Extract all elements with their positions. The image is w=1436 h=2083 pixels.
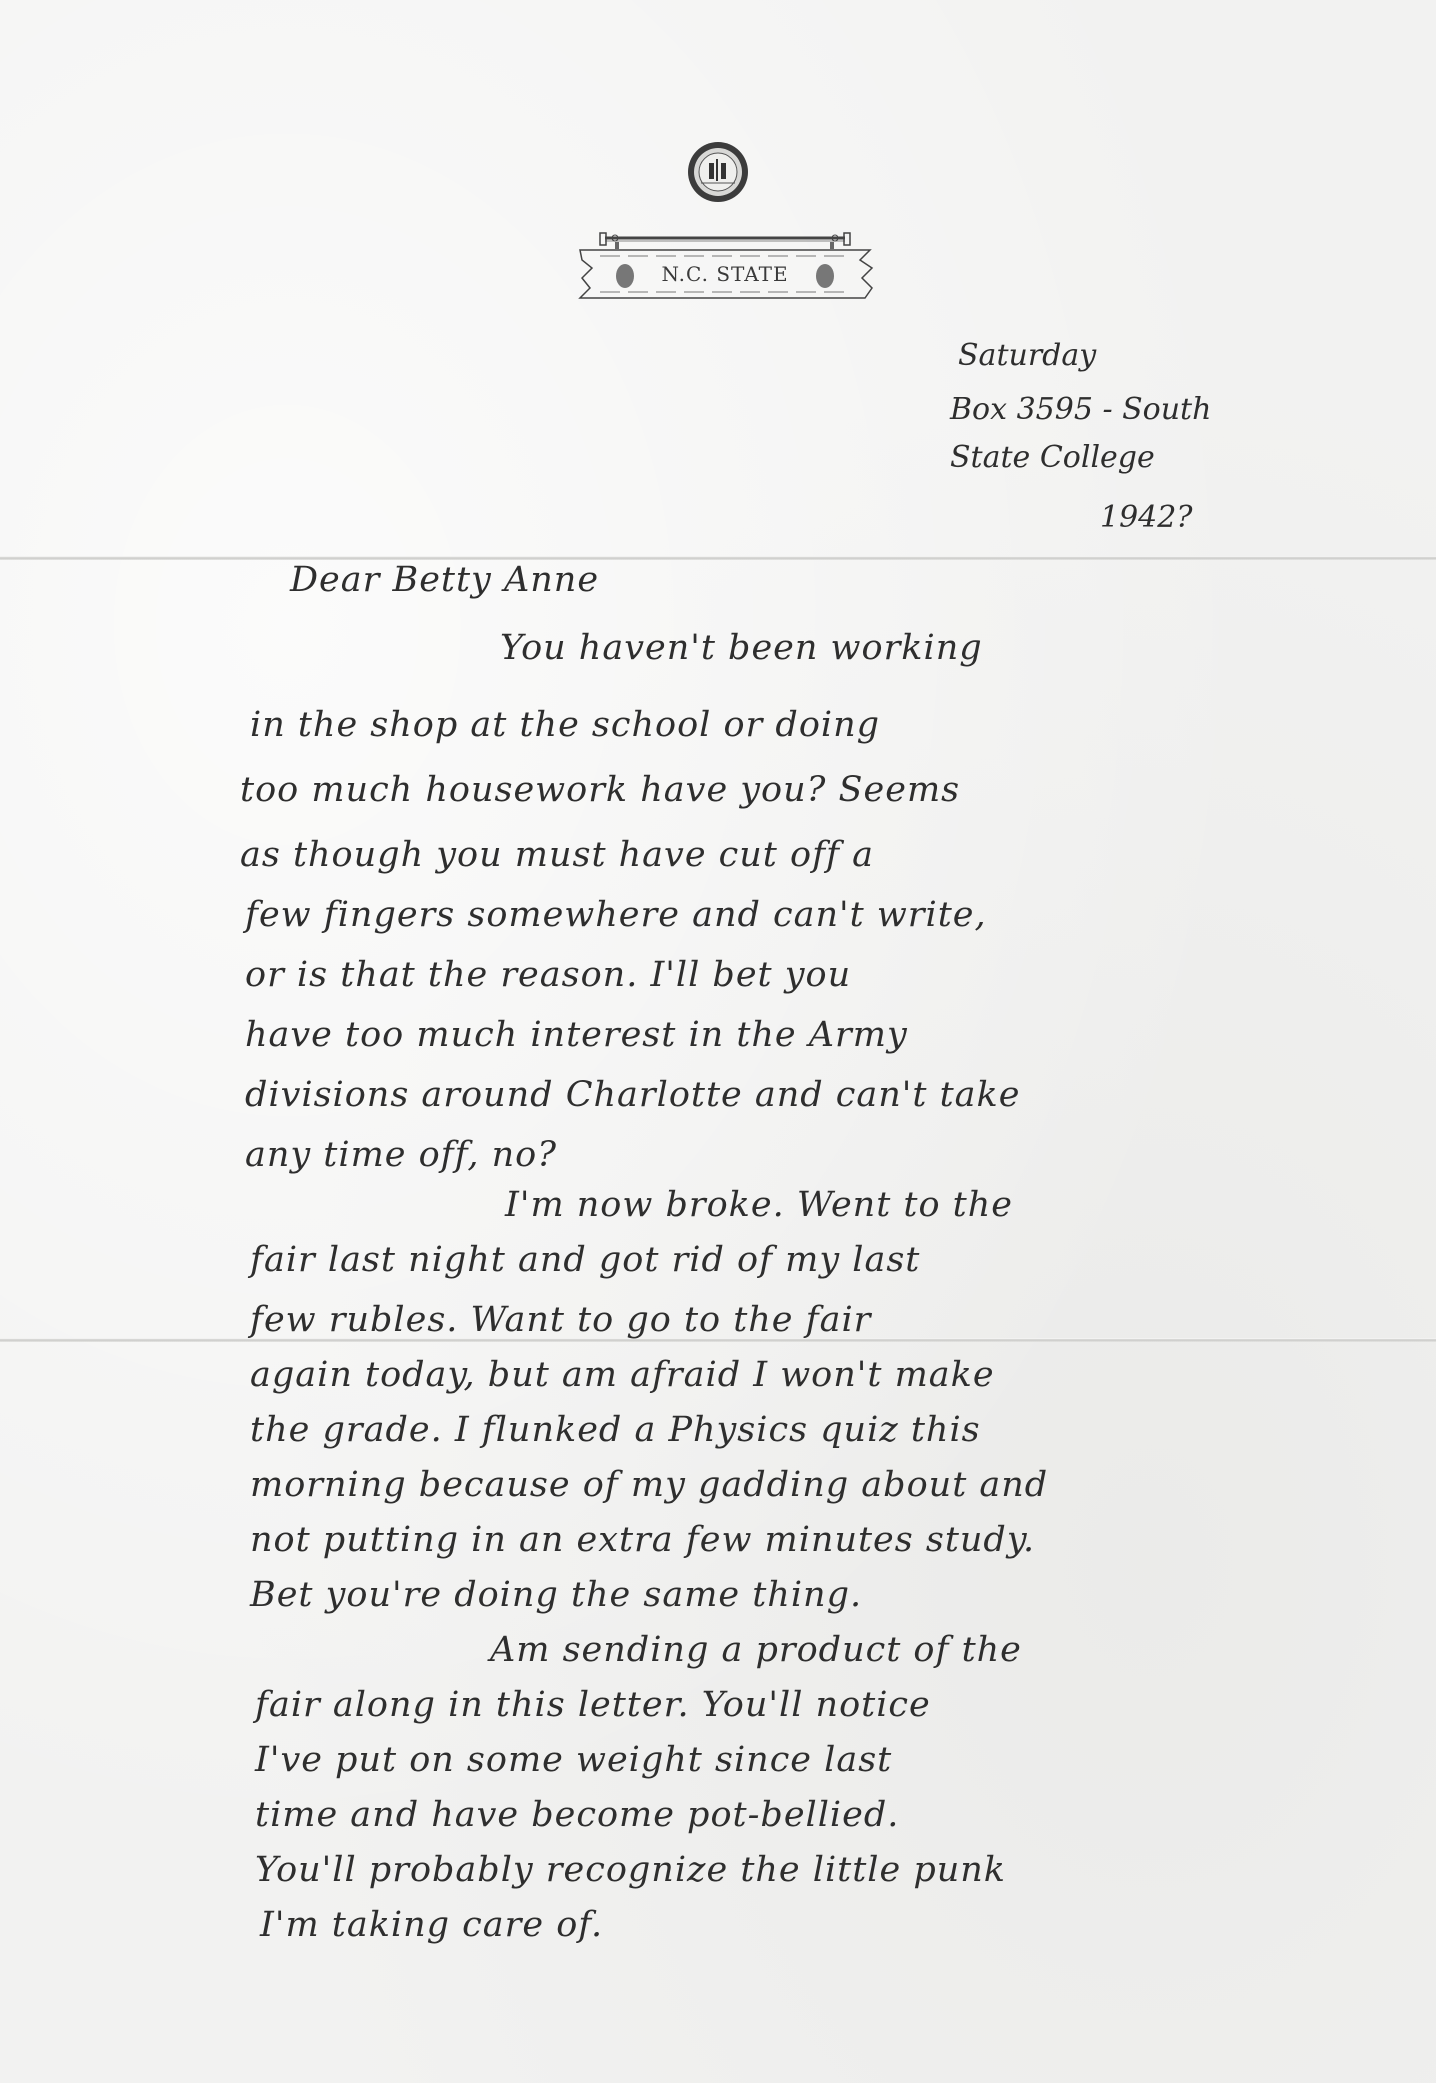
body-line: too much housework have you? Seems [240,770,960,810]
body-line: I've put on some weight since last [255,1740,892,1780]
body-line: time and have become pot-bellied. [255,1795,899,1835]
fold-line-upper [0,556,1436,560]
letterhead: N.C. STATE [560,135,890,310]
heading-day: Saturday [958,338,1096,373]
body-line: not putting in an extra few minutes stud… [250,1520,1035,1560]
heading-address-line2: State College [950,440,1155,475]
body-line: again today, but am afraid I won't make [250,1355,995,1395]
salutation: Dear Betty Anne [290,560,599,600]
body-line: have too much interest in the Army [245,1015,908,1055]
body-line: in the shop at the school or doing [250,705,880,745]
body-line: any time off, no? [245,1135,557,1175]
body-line: I'm now broke. Went to the [505,1185,1013,1225]
body-line: Bet you're doing the same thing. [250,1575,862,1615]
body-line: as though you must have cut off a [240,835,874,875]
banner-text: N.C. STATE [560,262,890,286]
body-line: fair along in this letter. You'll notice [255,1685,931,1725]
heading-address-line1: Box 3595 - South [950,392,1211,427]
body-line: or is that the reason. I'll bet you [245,955,851,995]
body-line: few rubles. Want to go to the fair [250,1300,871,1340]
body-line: I'm taking care of. [260,1905,603,1945]
university-seal-icon [687,141,749,203]
body-line: morning because of my gadding about and [250,1465,1048,1505]
body-line: fair last night and got rid of my last [250,1240,920,1280]
body-line: Am sending a product of the [490,1630,1022,1670]
heading-year: 1942? [1100,500,1192,535]
body-line: the grade. I flunked a Physics quiz this [250,1410,981,1450]
body-line: You'll probably recognize the little pun… [255,1850,1006,1890]
body-line: divisions around Charlotte and can't tak… [245,1075,1020,1115]
body-line: You haven't been working [500,628,983,668]
body-line: few fingers somewhere and can't write, [245,895,987,935]
